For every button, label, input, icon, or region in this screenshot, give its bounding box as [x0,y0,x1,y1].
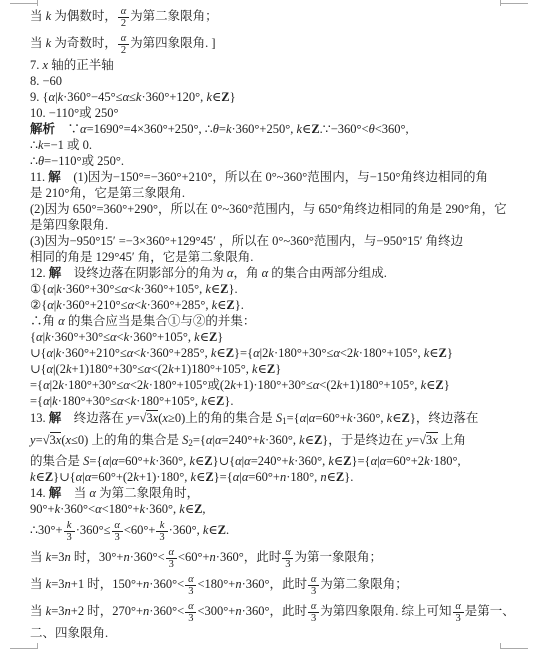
solution-line: 7. x 轴的正半轴 [30,57,522,73]
solution-line: 相同的角是 129°45′ 角，它是第二象限角. [30,249,522,265]
radical: √3x [140,410,159,425]
fraction: α3 [308,574,319,597]
solution-line: ∪{α|(2k+1)180°+30°≤α<(2k+1)180°+105°, k∈… [30,361,522,377]
solution-line: ∴k=−1 或 0. [30,137,522,153]
fraction: α3 [282,547,293,570]
solution-line: 二、四象限角. [30,625,522,641]
solution-line: 当 k=3n+1 时，150°+n·360°<α3<180°+n·360°，此时… [30,571,522,598]
radical: √3x [43,432,62,447]
fraction: α2 [118,33,129,56]
solution-line: 是第四象限角. [30,217,522,233]
solution-line: 当 k=3n 时，30°+n·360°<α3<60°+n·360°，此时α3为第… [30,544,522,571]
solution-line: {α|k·360°+30°≤α<k·360°+105°, k∈Z} [30,329,522,345]
solution-line: ∴θ=−110°或 250°. [30,153,522,169]
solution-line: ∴30°+k3·360°≤α3<60°+k3·360°, k∈Z. [30,517,522,544]
solution-line: ①{α|k·360°+30°≤α<k·360°+105°, k∈Z}. [30,281,522,297]
fraction: α3 [112,520,123,543]
solution-line: 9. {α|k·360°−45°≤α≤k·360°+120°, k∈Z} [30,89,522,105]
fraction: α3 [308,601,319,624]
solution-line: 10. −110°或 250° [30,105,522,121]
crop-mark-top-right-h [500,3,528,4]
fraction: α3 [185,574,196,597]
solution-line: ={α|2k·180°+30°≤α<2k·180°+105°或(2k+1)·18… [30,377,522,393]
solution-line: (2)因为 650°=360°+290°，所以在 0°~360°范围内，与 65… [30,201,522,217]
crop-mark-bottom-right-h [500,648,528,649]
crop-mark-bottom-left-v [37,643,38,649]
solution-line: ∴角 α 的集合应当是集合①与②的并集： [30,313,522,329]
solution-line: y=√3x(x≤0) 上的角的集合是 S2={α|α=240°+k·360°, … [30,431,522,453]
fraction: α2 [118,6,129,29]
crop-mark-top-right-v [500,0,501,6]
solution-line: ∪{α|k·360°+210°≤α<k·360°+285°, k∈Z}={α|2… [30,345,522,361]
solution-line: 11. 解 (1)因为−150°=−360°+210°，所以在 0°~360°范… [30,169,522,185]
fraction: k3 [64,520,75,543]
solution-line: (3)因为−950°15′ =−3×360°+129°45′ ，所以在 0°~3… [30,233,522,249]
solution-line: 的集合是 S={α|α=60°+k·360°, k∈Z}∪{α|α=240°+k… [30,453,522,469]
solution-line: 当 k 为奇数时，α2为第四象限角. ] [30,30,522,57]
radical: √3x [419,432,438,447]
fraction: α3 [453,601,464,624]
crop-mark-bottom-left-h [10,648,38,649]
solution-line: 是 210°角，它是第三象限角. [30,185,522,201]
solution-line: 14. 解 当 α 为第二象限角时， [30,485,522,501]
solution-line: 解析 ∵α=1690°=4×360°+250°, ∴θ=k·360°+250°,… [30,121,522,137]
solution-line: 当 k 为偶数时，α2为第二象限角； [30,3,522,30]
solutions-content: 当 k 为偶数时，α2为第二象限角；当 k 为奇数时，α2为第四象限角. ]7.… [30,3,522,641]
solution-line: ②{α|k·360°+210°≤α<k·360°+285°, k∈Z}. [30,297,522,313]
fraction: α3 [185,601,196,624]
solution-line: ={α|k·180°+30°≤α<k·180°+105°, k∈Z}. [30,393,522,409]
crop-mark-bottom-right-v [500,643,501,649]
crop-mark-top-left-h [10,3,38,4]
solution-line: 13. 解 终边落在 y=√3x(x≥0)上的角的集合是 S1={α|α=60°… [30,409,522,431]
solution-line: k∈Z}∪{α|α=60°+(2k+1)·180°, k∈Z}={α|α=60°… [30,469,522,485]
document-page: 当 k 为偶数时，α2为第二象限角；当 k 为奇数时，α2为第四象限角. ]7.… [0,0,548,656]
solution-line: 12. 解 设终边落在阴影部分的角为 α，角 α 的集合由两部分组成. [30,265,522,281]
crop-mark-top-left-v [37,0,38,6]
solution-line: 90°+k·360°<α<180°+k·360°, k∈Z, [30,501,522,517]
fraction: k3 [156,520,167,543]
fraction: α3 [166,547,177,570]
solution-line: 当 k=3n+2 时，270°+n·360°<α3<300°+n·360°，此时… [30,598,522,625]
solution-line: 8. −60 [30,73,522,89]
